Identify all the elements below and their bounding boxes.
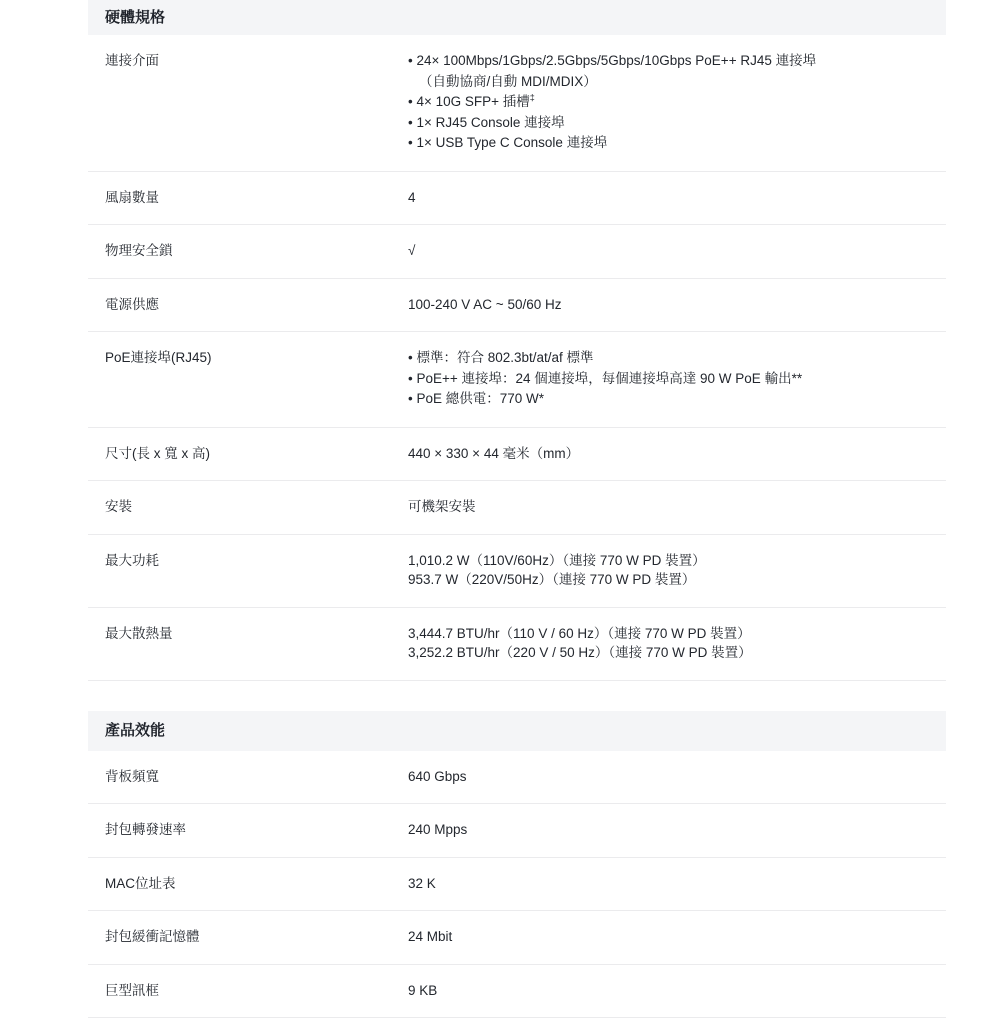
spec-row: MAC位址表32 K	[88, 858, 946, 912]
spec-bullet-item: • 1× RJ45 Console 連接埠	[408, 113, 946, 134]
spec-value: 可機架安裝	[408, 497, 946, 517]
spec-label: 物理安全鎖	[88, 241, 408, 260]
spec-value-line: 3,444.7 BTU/hr（110 V / 60 Hz）（連接 770 W P…	[408, 624, 946, 644]
spec-row: 電源供應100-240 V AC ~ 50/60 Hz	[88, 279, 946, 333]
bullet-continuation: （自動協商/自動 MDI/MDIX）	[419, 72, 946, 93]
spec-value-text: 440 × 330 × 44 毫米（mm）	[408, 444, 946, 464]
spec-label: 最大功耗	[88, 551, 408, 570]
spec-row: 最大功耗1,010.2 W（110V/60Hz）（連接 770 W PD 裝置）…	[88, 535, 946, 608]
spec-value-text: 240 Mpps	[408, 820, 946, 840]
spec-row: 安裝可機架安裝	[88, 481, 946, 535]
section-title: 硬體規格	[88, 0, 946, 35]
spec-label: 封包轉發速率	[88, 820, 408, 839]
spec-row: 尺寸(長 x 寬 x 高)440 × 330 × 44 毫米（mm）	[88, 428, 946, 482]
spec-row: 背板頻寬640 Gbps	[88, 751, 946, 805]
spec-value-text: 4	[408, 188, 946, 208]
spec-value: • 24× 100Mbps/1Gbps/2.5Gbps/5Gbps/10Gbps…	[408, 51, 946, 154]
spec-label: 安裝	[88, 497, 408, 516]
spec-value: 32 K	[408, 874, 946, 894]
spec-label: 背板頻寬	[88, 767, 408, 786]
bullet-text: PoE++ 連接埠：24 個連接埠，每個連接埠高達 90 W PoE 輸出**	[416, 371, 802, 386]
spec-bullet-item: • 4× 10G SFP+ 插槽‡	[408, 92, 946, 113]
spec-value: 4	[408, 188, 946, 208]
spec-value: • 標準：符合 802.3bt/at/af 標準• PoE++ 連接埠：24 個…	[408, 348, 946, 410]
spec-label: 尺寸(長 x 寬 x 高)	[88, 444, 408, 463]
spec-bullet-item: • PoE 總供電：770 W*	[408, 389, 946, 410]
spec-row: 物理安全鎖√	[88, 225, 946, 279]
spec-value-text: 640 Gbps	[408, 767, 946, 787]
spec-label: 電源供應	[88, 295, 408, 314]
spec-label: 巨型訊框	[88, 981, 408, 1000]
spec-value: 100-240 V AC ~ 50/60 Hz	[408, 295, 946, 315]
spec-label: 最大散熱量	[88, 624, 408, 643]
bullet-text: 24× 100Mbps/1Gbps/2.5Gbps/5Gbps/10Gbps P…	[416, 53, 816, 68]
spec-label: 風扇數量	[88, 188, 408, 207]
spec-value-text: 32 K	[408, 874, 946, 894]
bullet-text: 1× RJ45 Console 連接埠	[416, 115, 564, 130]
spec-bullet-item: • 24× 100Mbps/1Gbps/2.5Gbps/5Gbps/10Gbps…	[408, 51, 946, 92]
spec-value-line: 953.7 W（220V/50Hz）（連接 770 W PD 裝置）	[408, 570, 946, 590]
spec-label: PoE連接埠(RJ45)	[88, 348, 408, 367]
spec-value-text: 24 Mbit	[408, 927, 946, 947]
bullet-text: 標準：符合 802.3bt/at/af 標準	[416, 350, 593, 365]
spec-value-text: √	[408, 241, 946, 261]
spec-value: 9 KB	[408, 981, 946, 1001]
spec-table: 硬體規格連接介面• 24× 100Mbps/1Gbps/2.5Gbps/5Gbp…	[88, 0, 946, 1000]
spec-value: 3,444.7 BTU/hr（110 V / 60 Hz）（連接 770 W P…	[408, 624, 946, 663]
spec-value: √	[408, 241, 946, 261]
spec-bullet-item: • PoE++ 連接埠：24 個連接埠，每個連接埠高達 90 W PoE 輸出*…	[408, 369, 946, 390]
spec-row: PoE連接埠(RJ45)• 標準：符合 802.3bt/at/af 標準• Po…	[88, 332, 946, 428]
spec-value: 24 Mbit	[408, 927, 946, 947]
spec-bullet-item: • 標準：符合 802.3bt/at/af 標準	[408, 348, 946, 369]
spec-value-line: 3,252.2 BTU/hr（220 V / 50 Hz）（連接 770 W P…	[408, 643, 946, 663]
spec-row: 巨型訊框9 KB	[88, 965, 946, 1001]
spec-value-text: 9 KB	[408, 981, 946, 1001]
footnote-marker: ‡	[530, 93, 535, 103]
spec-row: 封包轉發速率240 Mpps	[88, 804, 946, 858]
spec-value-text: 可機架安裝	[408, 497, 946, 517]
spec-value: 1,010.2 W（110V/60Hz）（連接 770 W PD 裝置）953.…	[408, 551, 946, 590]
spec-value: 440 × 330 × 44 毫米（mm）	[408, 444, 946, 464]
spec-value: 640 Gbps	[408, 767, 946, 787]
bullet-text: 1× USB Type C Console 連接埠	[416, 135, 607, 150]
spec-label: MAC位址表	[88, 874, 408, 893]
spec-row: 最大散熱量3,444.7 BTU/hr（110 V / 60 Hz）（連接 77…	[88, 608, 946, 681]
spec-value-line: 1,010.2 W（110V/60Hz）（連接 770 W PD 裝置）	[408, 551, 946, 571]
bullet-text: PoE 總供電：770 W*	[416, 391, 544, 406]
spec-value-text: 100-240 V AC ~ 50/60 Hz	[408, 295, 946, 315]
spec-label: 連接介面	[88, 51, 408, 70]
section-title: 產品效能	[88, 711, 946, 751]
spec-label: 封包緩衝記憶體	[88, 927, 408, 946]
spec-row: 封包緩衝記憶體24 Mbit	[88, 911, 946, 965]
spec-value: 240 Mpps	[408, 820, 946, 840]
spec-row: 風扇數量4	[88, 172, 946, 226]
spec-row: 連接介面• 24× 100Mbps/1Gbps/2.5Gbps/5Gbps/10…	[88, 35, 946, 172]
bullet-text: 4× 10G SFP+ 插槽	[416, 94, 529, 109]
spec-bullet-item: • 1× USB Type C Console 連接埠	[408, 133, 946, 154]
